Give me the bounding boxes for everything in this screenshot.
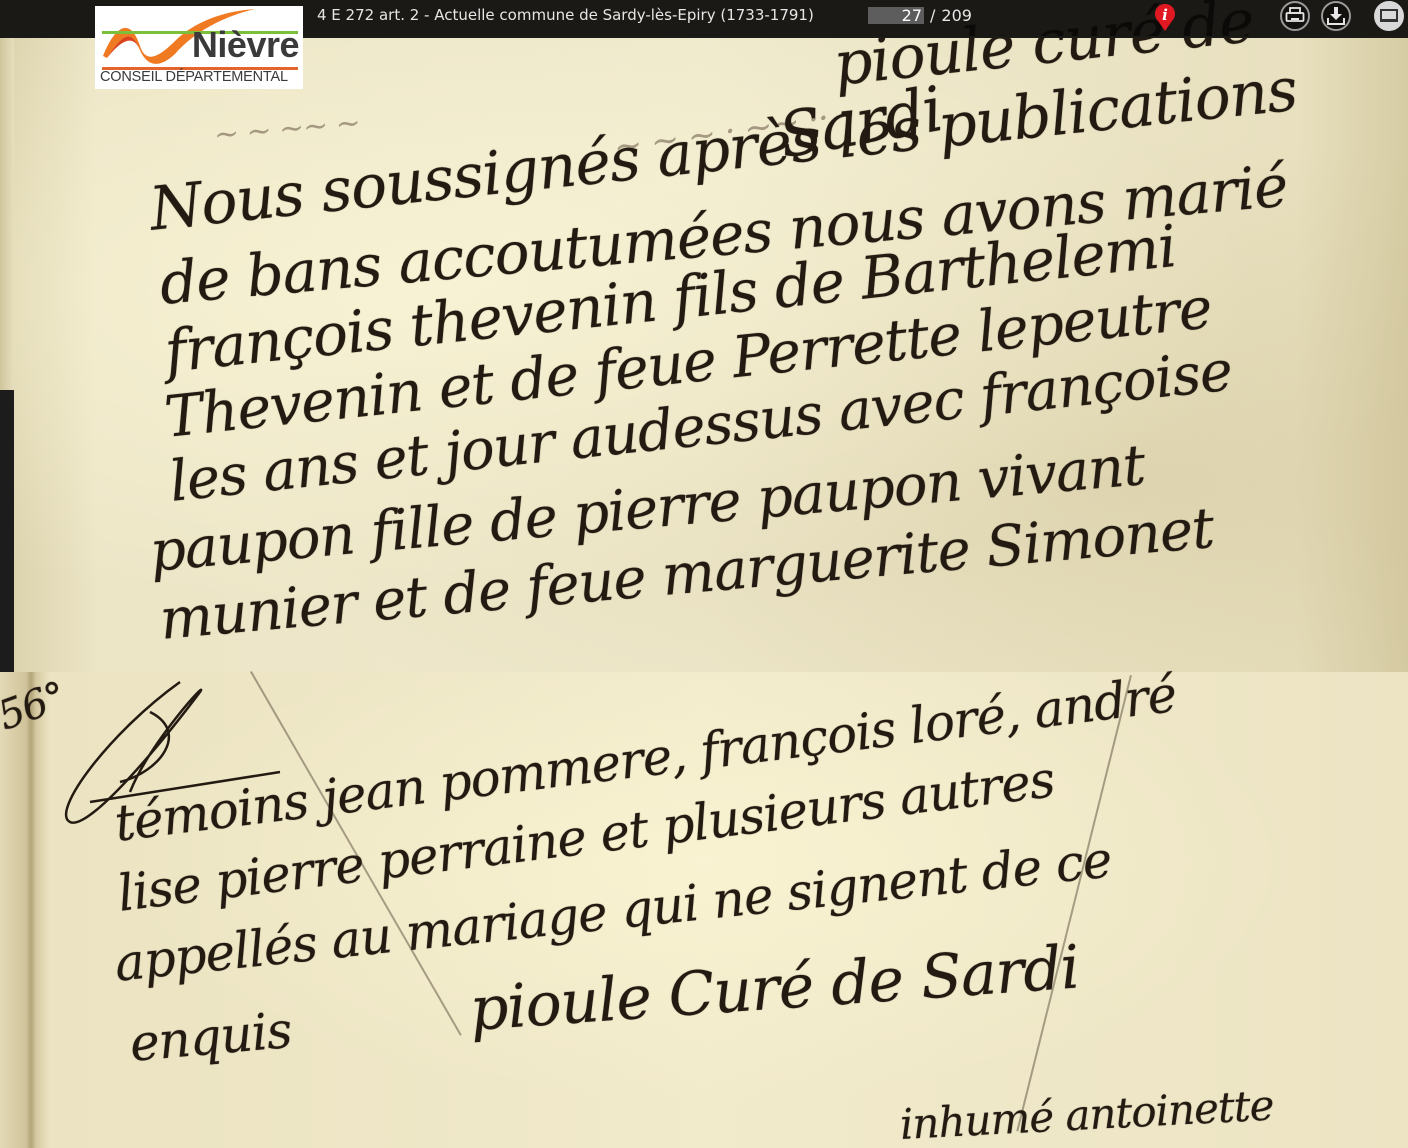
fullscreen-button[interactable] (1374, 1, 1404, 31)
page-edge (0, 38, 14, 390)
fullscreen-icon (1379, 8, 1399, 24)
print-icon (1285, 7, 1305, 25)
nievre-logo[interactable]: Nièvre CONSEIL DÉPARTEMENTAL (95, 6, 303, 89)
logo-name: Nièvre (192, 24, 299, 66)
page-separator: / (930, 6, 935, 25)
download-icon (1326, 6, 1346, 26)
print-button[interactable] (1280, 1, 1310, 31)
document-title: 4 E 272 art. 2 - Actuelle commune de Sar… (317, 6, 814, 24)
page-total: 209 (941, 6, 972, 25)
page-navigator: / 209 (868, 5, 972, 25)
document-viewer[interactable]: ​~ ~ ~ · ~~ ·· ~ ~ ~~ ~ pioule curé de S… (0, 0, 1408, 1148)
svg-text:i: i (1162, 6, 1168, 24)
page-number-input[interactable] (868, 7, 924, 24)
info-icon[interactable]: i (1152, 2, 1178, 32)
logo-subtitle: CONSEIL DÉPARTEMENTAL (100, 69, 288, 85)
download-button[interactable] (1321, 1, 1351, 31)
